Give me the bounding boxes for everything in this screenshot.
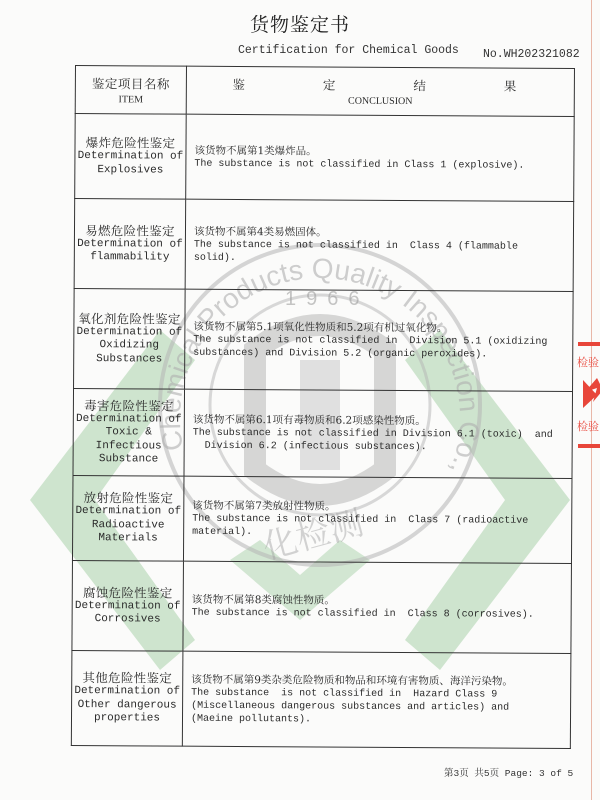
conclusion-en: The substance is not classified in Class… — [194, 238, 573, 266]
header-conclusion-en: CONCLUSION — [187, 95, 574, 108]
item-name-en: Determination of flammability — [75, 238, 185, 266]
item-cell: 放射危险性鉴定 Determination of Radioactive Mat… — [72, 475, 184, 561]
item-cell: 腐蚀危险性鉴定 Determination of Corrosives — [72, 560, 184, 651]
item-name-en: Determination of Other dangerous propert… — [72, 685, 182, 726]
svg-text:检验: 检验 — [577, 419, 599, 433]
item-name-cn: 腐蚀危险性鉴定 — [73, 584, 183, 600]
table-row: 其他危险性鉴定 Determination of Other dangerous… — [71, 650, 571, 748]
item-name-cn: 其他危险性鉴定 — [72, 670, 182, 686]
item-cell: 易燃危险性鉴定 Determination of flammability — [74, 199, 186, 290]
conclusion-en: The substance is not classified in Divis… — [193, 333, 572, 361]
conclusion-en: The substance is not classified in Class… — [192, 607, 571, 622]
header-conclusion-cn: 鉴 定 结 果 — [187, 75, 574, 95]
certification-table: 鉴定项目名称 ITEM 鉴 定 结 果 CONCLUSION 爆炸危险性鉴定 D… — [71, 65, 575, 749]
item-name-en: Determination of Corrosives — [73, 599, 183, 627]
item-cell: 毒害危险性鉴定 Determination of Toxic & Infecti… — [73, 388, 185, 476]
conclusion-cell: 该货物不属第4类易燃固体。 The substance is not class… — [185, 199, 574, 291]
item-name-en: Determination of Radioactive Materials — [73, 505, 183, 546]
table-row: 爆炸危险性鉴定 Determination of Explosives 该货物不… — [75, 114, 575, 202]
item-name-en: Determination of Explosives — [75, 150, 185, 178]
table-row: 放射危险性鉴定 Determination of Radioactive Mat… — [72, 475, 572, 563]
conclusion-cell: 该货物不属第8类腐蚀性物质。 The substance is not clas… — [183, 561, 572, 653]
document-number: No.WH202321082 — [483, 48, 580, 61]
header-item: 鉴定项目名称 ITEM — [75, 66, 186, 115]
conclusion-cell: 该货物不属第5.1项氧化性物质和5.2项有机过氧化物。 The substanc… — [185, 289, 574, 391]
item-name-cn: 毒害危险性鉴定 — [74, 397, 184, 413]
document-subtitle: Certification for Chemical Goods — [238, 44, 459, 57]
conclusion-en: The substance is not classified in Class… — [192, 513, 571, 541]
header-item-cn: 鉴定项目名称 — [76, 74, 186, 93]
svg-text:检验: 检验 — [577, 355, 599, 369]
item-name-cn: 易燃危险性鉴定 — [75, 223, 185, 239]
item-name-cn: 氧化剂危险性鉴定 — [74, 311, 184, 327]
header-item-en: ITEM — [76, 94, 186, 106]
conclusion-en: The substance is not classified in Class… — [194, 157, 573, 172]
item-name-cn: 爆炸危险性鉴定 — [75, 135, 185, 151]
table-row: 毒害危险性鉴定 Determination of Toxic & Infecti… — [73, 388, 573, 478]
item-name-en: Determination of Toxic & Infectious Subs… — [74, 412, 184, 467]
conclusion-en: The substance is not classified in Divis… — [193, 427, 572, 455]
table-row: 氧化剂危险性鉴定 Determination of Oxidizing Subs… — [74, 288, 574, 391]
conclusion-cell: 该货物不属第7类放射性物质。 The substance is not clas… — [183, 476, 572, 563]
header-conclusion: 鉴 定 结 果 CONCLUSION — [186, 66, 574, 116]
item-name-cn: 放射危险性鉴定 — [73, 490, 183, 506]
conclusion-en: The substance is not classified in Hazar… — [191, 686, 570, 727]
conclusion-cell: 该货物不属第6.1项有毒物质和6.2项感染性物质。 The substance … — [184, 389, 573, 478]
page-indicator: 第3页 共5页 Page: 3 of 5 — [444, 765, 573, 779]
item-name-en: Determination of Oxidizing Substances — [74, 326, 184, 367]
table-row: 易燃危险性鉴定 Determination of flammability 该货… — [74, 199, 574, 292]
document-title: 货物鉴定书 — [0, 10, 600, 37]
conclusion-cell: 该货物不属第1类爆炸品。 The substance is not classi… — [186, 114, 575, 201]
item-cell: 氧化剂危险性鉴定 Determination of Oxidizing Subs… — [74, 288, 186, 389]
table-header-row: 鉴定项目名称 ITEM 鉴 定 结 果 CONCLUSION — [75, 66, 574, 117]
item-cell: 爆炸危险性鉴定 Determination of Explosives — [75, 114, 187, 200]
item-cell: 其他危险性鉴定 Determination of Other dangerous… — [71, 650, 183, 746]
table-row: 腐蚀危险性鉴定 Determination of Corrosives 该货物不… — [72, 560, 572, 653]
conclusion-cell: 该货物不属第9类杂类危险物质和物品和环境有害物质、海洋污染物。 The subs… — [182, 651, 571, 748]
red-seal-stamp-icon: 检验 检验 — [575, 340, 600, 450]
